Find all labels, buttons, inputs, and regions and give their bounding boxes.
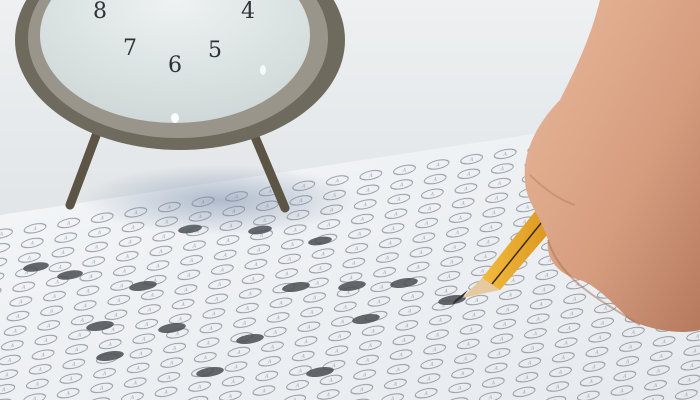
svg-text:5: 5 bbox=[208, 38, 222, 63]
svg-text:6: 6 bbox=[168, 53, 182, 78]
svg-text:8: 8 bbox=[93, 0, 107, 24]
clock-shadow bbox=[80, 165, 360, 235]
svg-text:7: 7 bbox=[123, 36, 137, 61]
photo-scene: A bbox=[0, 0, 700, 400]
svg-text:4: 4 bbox=[241, 0, 255, 24]
